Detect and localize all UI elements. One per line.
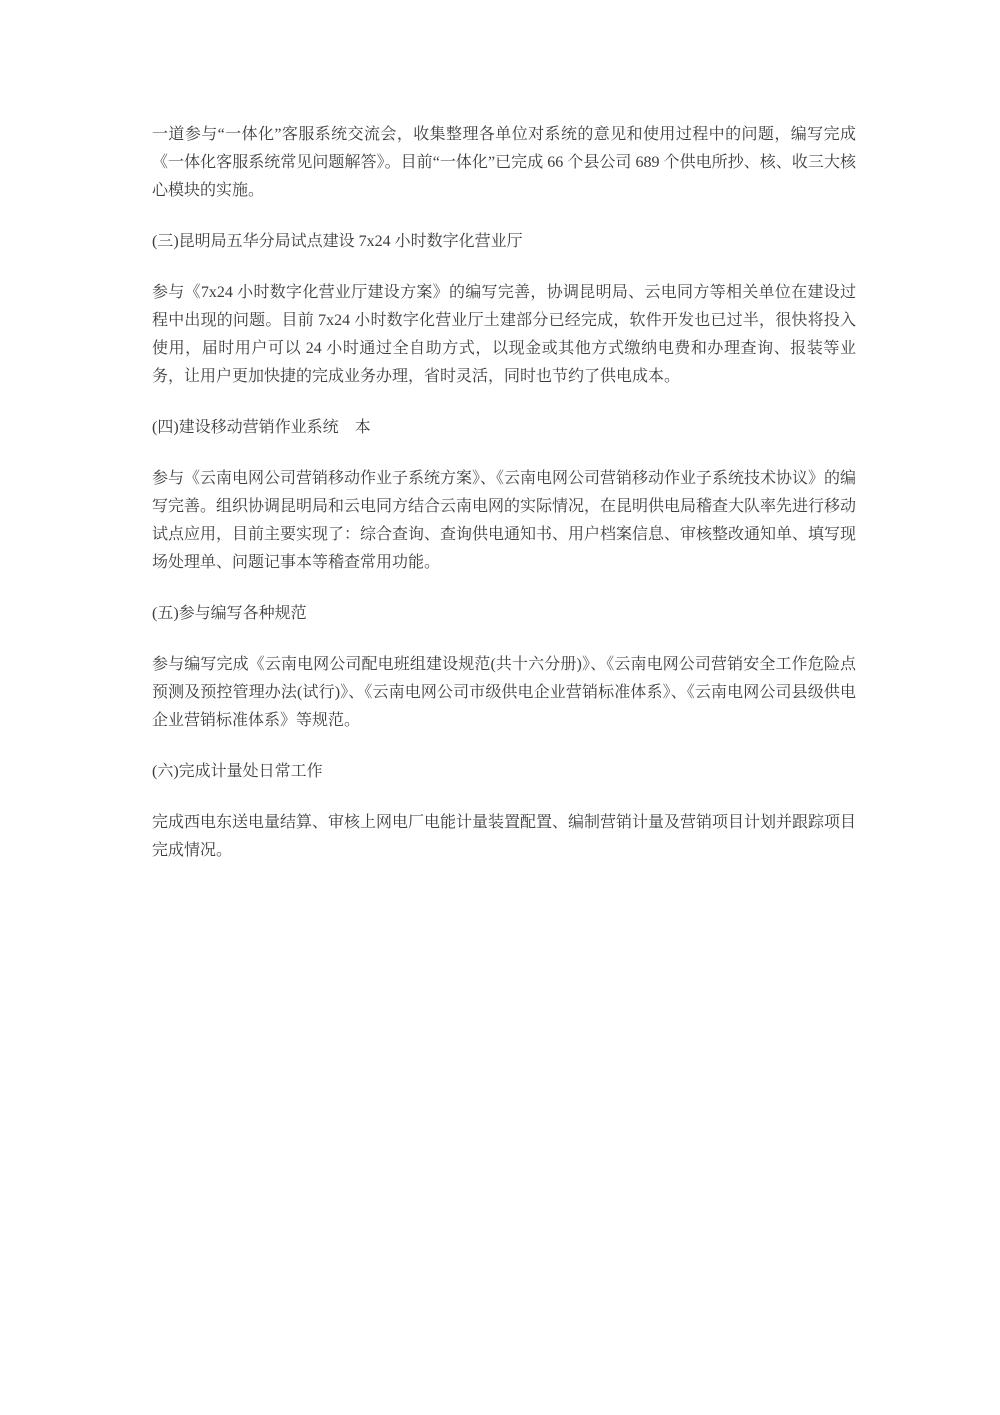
paragraph: 参与编写完成《云南电网公司配电班组建设规范(共十六分册)》、《云南电网公司营销安… bbox=[152, 651, 856, 735]
section-heading-4: (四)建设移动营销作业系统 本 bbox=[152, 414, 856, 442]
section-heading-5: (五)参与编写各种规范 bbox=[152, 600, 856, 628]
section-heading-6: (六)完成计量处日常工作 bbox=[152, 758, 856, 786]
paragraph: 参与《云南电网公司营销移动作业子系统方案》、《云南电网公司营销移动作业子系统技术… bbox=[152, 465, 856, 577]
paragraph: 完成西电东送电量结算、审核上网电厂电能计量装置配置、编制营销计量及营销项目计划并… bbox=[152, 809, 856, 865]
paragraph: 一道参与“一体化”客服系统交流会，收集整理各单位对系统的意见和使用过程中的问题，… bbox=[152, 121, 856, 205]
section-heading-3: (三)昆明局五华分局试点建设 7x24 小时数字化营业厅 bbox=[152, 228, 856, 256]
document-body: 一道参与“一体化”客服系统交流会，收集整理各单位对系统的意见和使用过程中的问题，… bbox=[0, 0, 1000, 865]
page-background: { "page": { "background_color": "#ffffff… bbox=[0, 0, 1000, 1415]
paragraph: 参与《7x24 小时数字化营业厅建设方案》的编写完善，协调昆明局、云电同方等相关… bbox=[152, 279, 856, 391]
